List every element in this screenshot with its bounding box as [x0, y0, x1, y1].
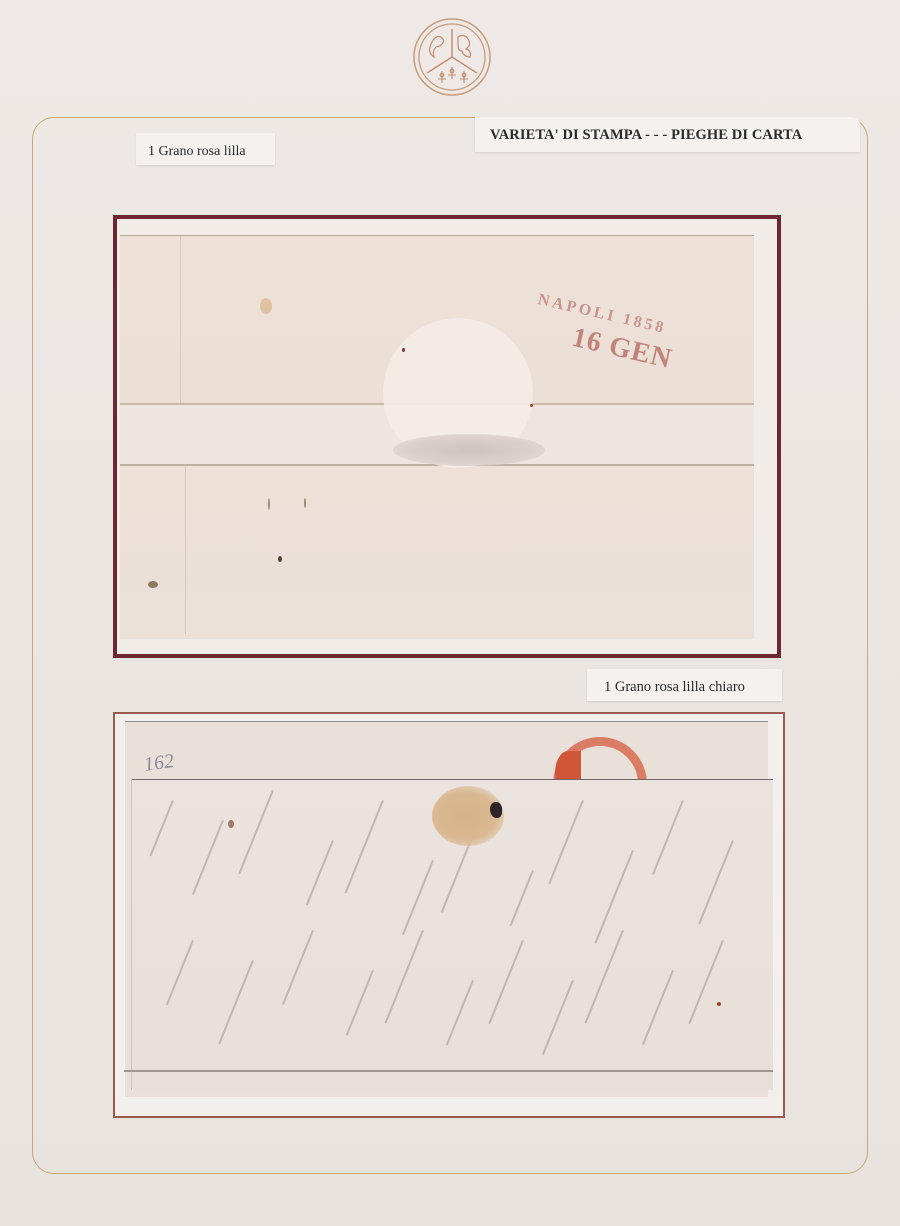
trinacria-emblem-icon — [412, 17, 492, 97]
cover-2-docket-note: 162 — [143, 750, 176, 777]
cover-1-envelope: NAPOLI 1858 16 GEN — [120, 235, 754, 639]
cover-2-ink-blot — [490, 802, 502, 818]
cover-1-wax-seal — [393, 434, 545, 466]
item-2-label: 1 Grano rosa lilla chiaro — [587, 669, 782, 701]
item-1-label: 1 Grano rosa lilla — [136, 133, 275, 165]
album-page: 1 Grano rosa lilla VARIETA' DI STAMPA - … — [0, 0, 900, 1226]
page-title: VARIETA' DI STAMPA - - - PIEGHE DI CARTA — [475, 117, 860, 152]
